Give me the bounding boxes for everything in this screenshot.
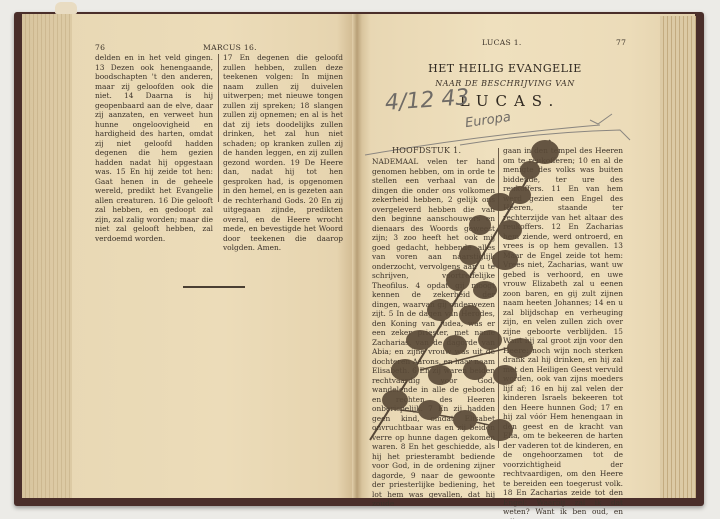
column-divider bbox=[218, 54, 219, 202]
left-page-edges bbox=[22, 14, 72, 498]
right-running-head: LUCAS 1. bbox=[482, 38, 522, 47]
left-column-1: delden en in het veld gingen. 13 Dezen o… bbox=[95, 53, 213, 243]
left-column-2: 17 En degenen die geloofd zullen hebben,… bbox=[223, 53, 343, 253]
right-page-edges bbox=[660, 16, 696, 498]
end-rule bbox=[183, 286, 245, 288]
left-page-number: 76 bbox=[95, 43, 105, 52]
bookmark-tab bbox=[55, 2, 77, 14]
left-running-head: MARCUS 16. bbox=[203, 43, 257, 52]
pressed-fern bbox=[360, 130, 560, 450]
right-page-number: 77 bbox=[616, 38, 626, 47]
gospel-title: HET HEILIG EVANGELIE bbox=[400, 62, 610, 75]
